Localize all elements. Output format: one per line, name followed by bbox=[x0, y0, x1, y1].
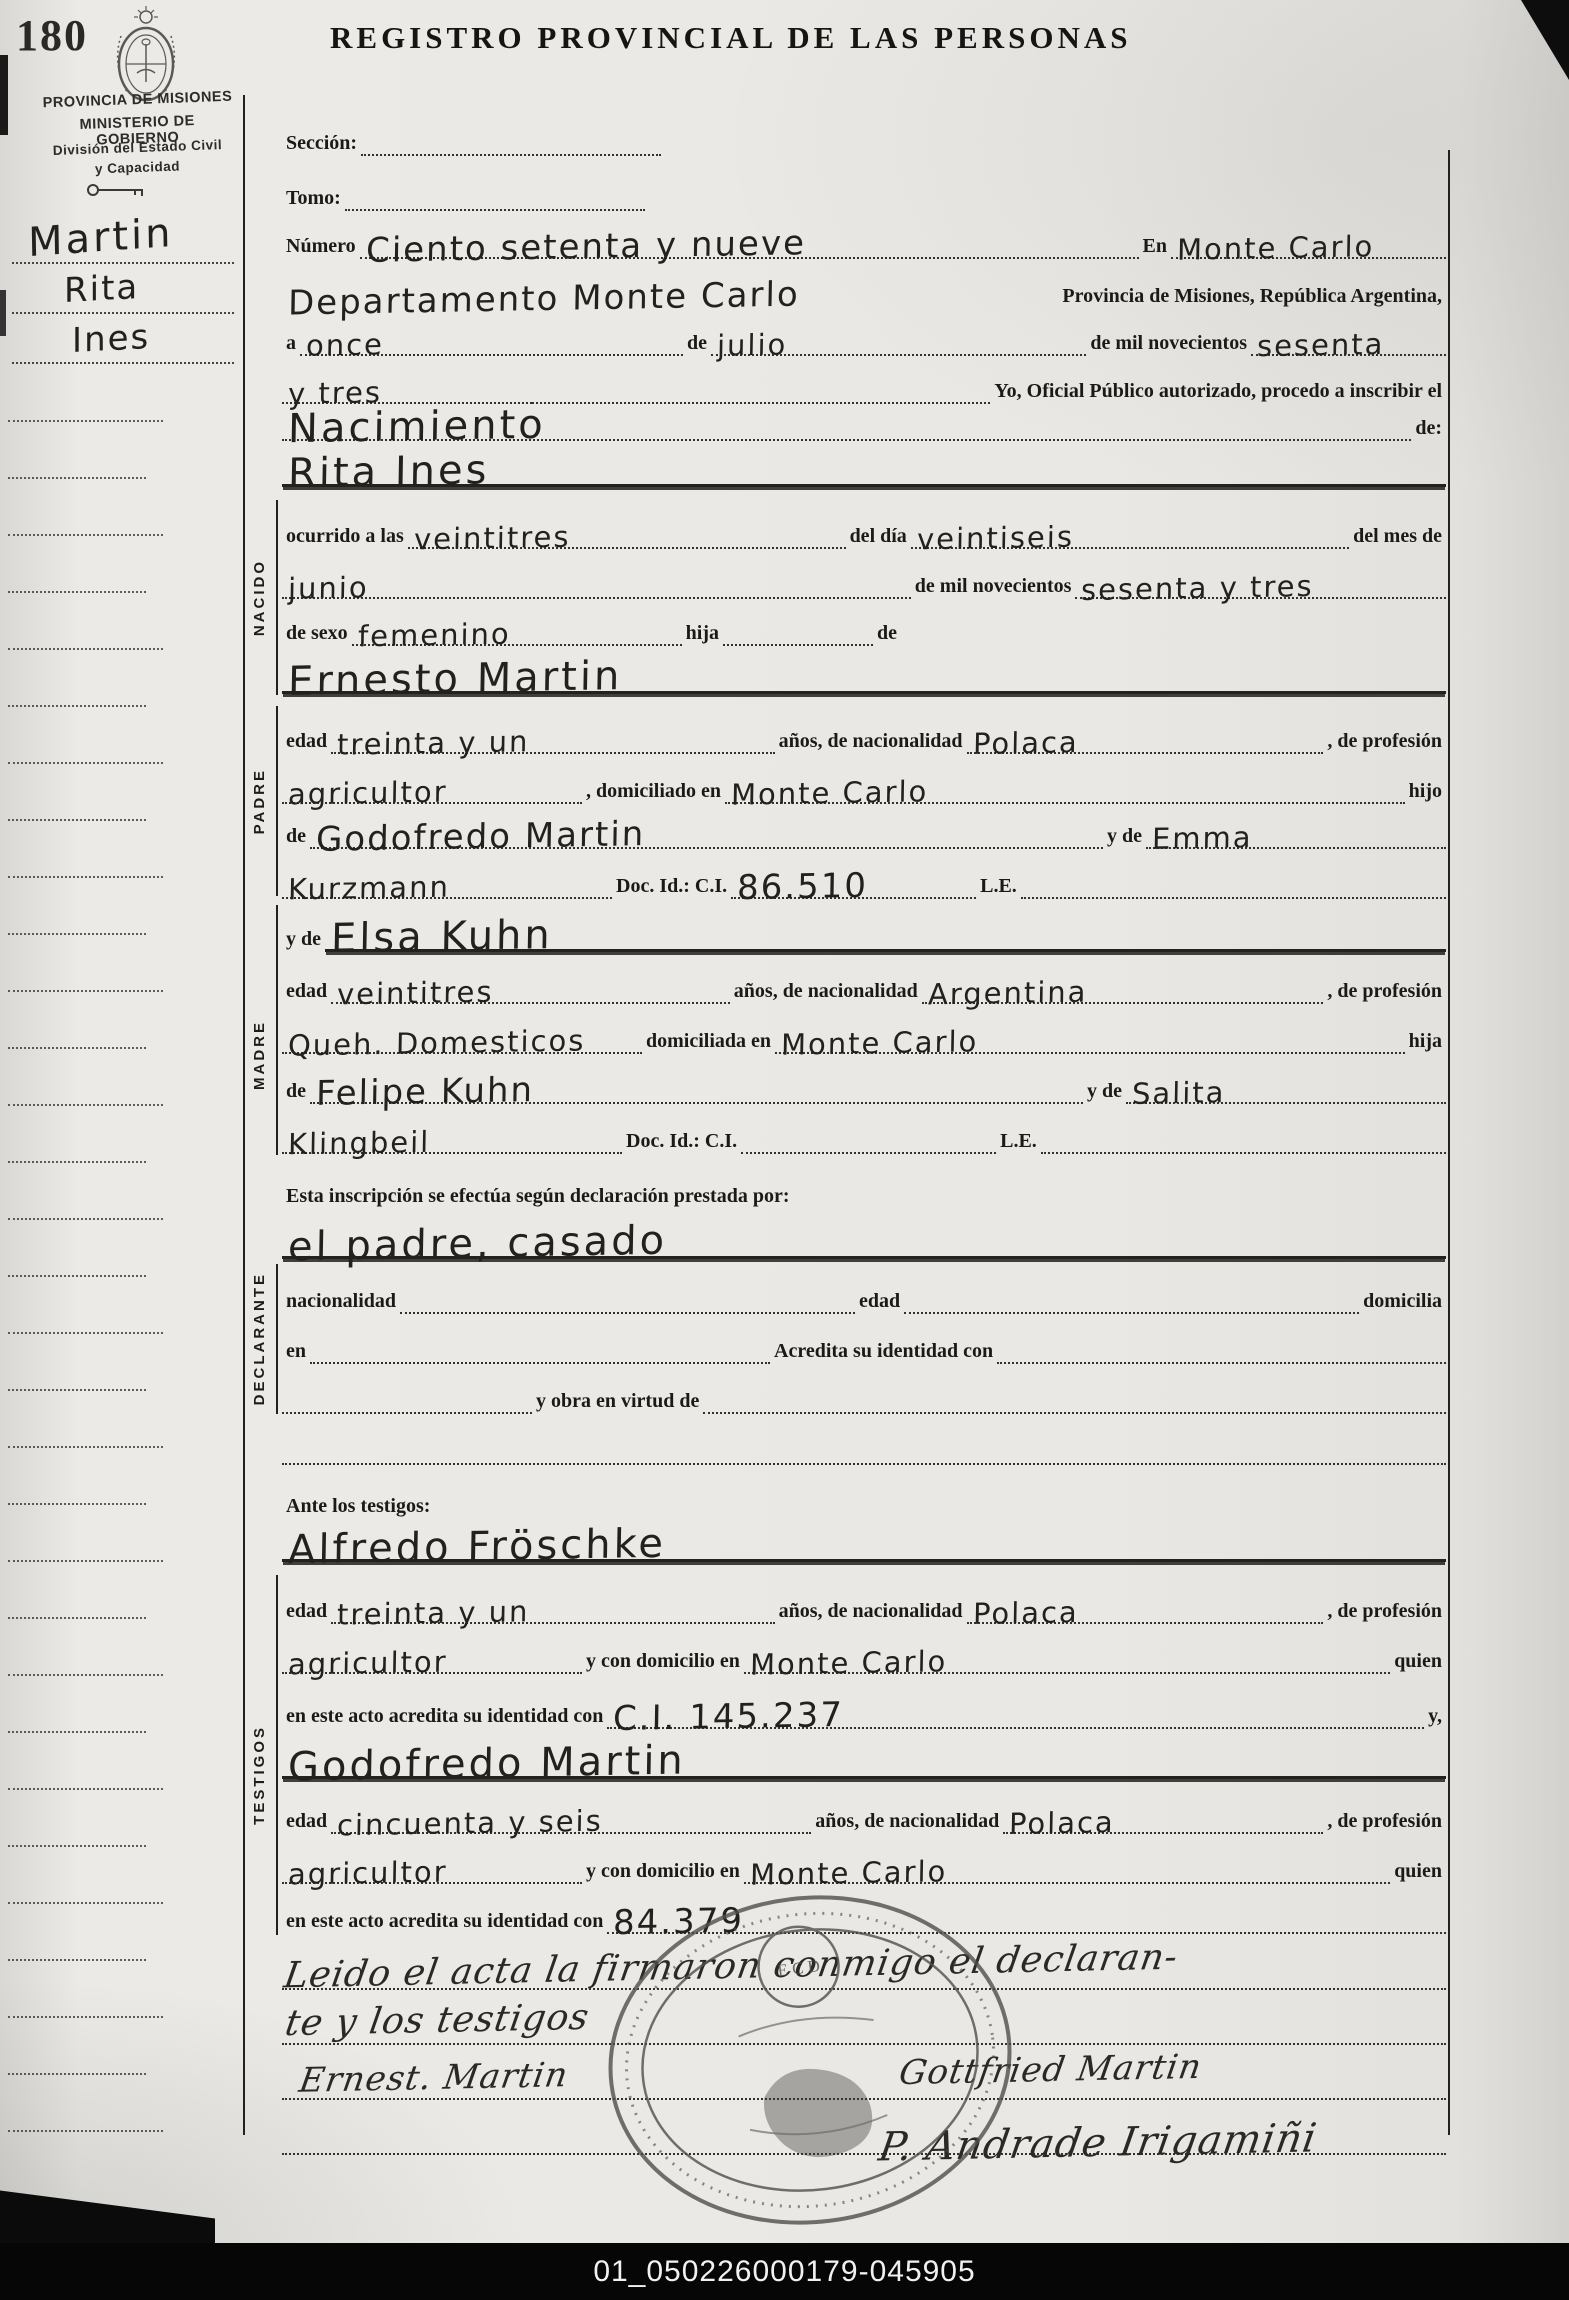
declaracion-por-line: el padre, casado bbox=[282, 1224, 1446, 1259]
a-label: a bbox=[282, 333, 300, 356]
padre-edad-line: treinta y un bbox=[331, 729, 774, 754]
sexo-line: femenino bbox=[352, 621, 682, 646]
footer-code-bar: 01_050226000179-045905 bbox=[0, 2243, 1569, 2300]
padre-doc-label: Doc. Id.: C.I. bbox=[612, 876, 731, 899]
ocurrido-label: ocurrido a las bbox=[282, 526, 408, 549]
row-padre-edad: edad treinta y un años, de nacionalidad … bbox=[282, 704, 1446, 754]
declarante-obra-line1 bbox=[282, 1406, 532, 1414]
madre-le-line bbox=[1041, 1146, 1446, 1154]
testigo1-dom-value: Monte Carlo bbox=[744, 1647, 954, 1680]
madre-profesion-label: , de profesión bbox=[1323, 981, 1446, 1004]
testigo1-y-label: y, bbox=[1424, 1706, 1446, 1729]
declaracion-por-value: el padre, casado bbox=[282, 1221, 674, 1268]
madre-edad-label: edad bbox=[282, 981, 331, 1004]
madre-nacionalidad-line: Argentina bbox=[922, 979, 1324, 1004]
padre-y-de-label: y de bbox=[1103, 826, 1146, 849]
row-padre-domicilio: agricultor , domiciliado en Monte Carlo … bbox=[282, 754, 1446, 804]
del-mes-label: del mes de bbox=[1349, 526, 1446, 549]
row-declarante-en: en Acredita su identidad con bbox=[282, 1314, 1446, 1364]
declarante-en-line bbox=[310, 1356, 770, 1364]
row-inscripto: Rita Ines bbox=[282, 437, 1446, 487]
madre-abuela2-value: Klingbeil bbox=[282, 1128, 437, 1160]
testigo1-edad-line: treinta y un bbox=[331, 1599, 774, 1624]
de-sexo-label: de sexo bbox=[282, 623, 352, 646]
testigo2-quien-label: quien bbox=[1390, 1861, 1446, 1884]
testigo1-nombre-line: Alfredo Fröschke bbox=[282, 1527, 1446, 1562]
testigo2-nac-line: Polaca bbox=[1003, 1809, 1323, 1834]
row-testigo2-domicilio: agricultor y con domicilio en Monte Carl… bbox=[282, 1834, 1446, 1884]
de-label: de bbox=[683, 333, 711, 356]
inscripto-value: Rita Ines bbox=[282, 450, 496, 494]
row-testigo1-edad: edad treinta y un años, de nacionalidad … bbox=[282, 1574, 1446, 1624]
novecientos-label: de mil novecientos bbox=[1086, 333, 1251, 356]
row-padre-doc: Kurzmann Doc. Id.: C.I. 86.510 L.E. bbox=[282, 849, 1446, 899]
declarante-nacionalidad-line bbox=[400, 1306, 855, 1314]
declarante-obra-label: y obra en virtud de bbox=[532, 1391, 703, 1414]
padre-abuela2-line: Kurzmann bbox=[282, 874, 612, 899]
madre-nombre-line: Elsa Kuhn bbox=[325, 917, 1446, 952]
padre-nacionalidad-line: Polaca bbox=[967, 729, 1324, 754]
page-title: REGISTRO PROVINCIAL DE LAS PERSONAS bbox=[330, 20, 1131, 56]
madre-de-label: de bbox=[282, 1081, 310, 1104]
testigo2-nombre-value: Godofredo Martin bbox=[282, 1740, 692, 1787]
padre-ci-value: 86.510 bbox=[731, 869, 875, 906]
declarante-domicilia-label: domicilia bbox=[1359, 1291, 1446, 1314]
testigos-inner-rule bbox=[276, 1575, 278, 1935]
padre-abuela-line: Emma bbox=[1146, 824, 1446, 849]
row-madre-domicilio: Queh. Domesticos domiciliada en Monte Ca… bbox=[282, 1004, 1446, 1054]
row-tomo: Tomo: bbox=[282, 161, 1446, 211]
del-dia-label: del día bbox=[846, 526, 911, 549]
testigo1-quien-label: quien bbox=[1390, 1651, 1446, 1674]
right-vertical-rule bbox=[1448, 150, 1450, 2135]
lugar-line: Monte Carlo bbox=[1171, 234, 1446, 259]
declarante-en-label: en bbox=[282, 1341, 310, 1364]
padre-de-label: de bbox=[282, 826, 310, 849]
madre-ci-line bbox=[741, 1146, 996, 1154]
madre-inner-rule bbox=[276, 905, 278, 1155]
row-seccion: Sección: bbox=[282, 106, 1446, 156]
anio-line: sesenta bbox=[1251, 331, 1446, 356]
padre-profesion-label: , de profesión bbox=[1323, 731, 1446, 754]
signature-declarante: Ernest. Martin bbox=[296, 2055, 571, 2101]
testigo1-dom-line: Monte Carlo bbox=[744, 1649, 1390, 1674]
row-padre-nombre: Ernesto Martin bbox=[282, 644, 1446, 694]
padre-ci-line: 86.510 bbox=[731, 870, 976, 899]
testigo2-nac-label: años, de nacionalidad bbox=[811, 1811, 1003, 1834]
row-testigo1-doc: en este acto acredita su identidad con C… bbox=[282, 1679, 1446, 1729]
row-nacido-mes: junio de mil novecientos sesenta y tres bbox=[282, 549, 1446, 599]
testigo1-doc-line: C.I. 145.237 bbox=[607, 1700, 1424, 1729]
padre-nacionalidad-label: años, de nacionalidad bbox=[775, 731, 967, 754]
testigo2-edad-line: cincuenta y seis bbox=[331, 1809, 811, 1834]
padre-inner-rule bbox=[276, 706, 278, 896]
stamp-inner-text: E C D bbox=[776, 1956, 820, 1980]
declarante-edad-label: edad bbox=[855, 1291, 904, 1314]
blank-ruled-line bbox=[282, 1463, 1446, 1465]
seccion-label: Sección: bbox=[282, 133, 361, 156]
row-acta-tipo: Nacimiento de: bbox=[282, 391, 1446, 441]
hora-line: veintitres bbox=[408, 524, 846, 549]
testigo1-nac-label: años, de nacionalidad bbox=[775, 1601, 967, 1624]
testigo2-prof-line: agricultor bbox=[282, 1859, 582, 1884]
section-label-padre: PADRE bbox=[244, 706, 274, 896]
padre-nombre-line: Ernesto Martin bbox=[282, 659, 1446, 694]
acta-line: Nacimiento bbox=[282, 407, 1411, 441]
tomo-label: Tomo: bbox=[282, 188, 345, 211]
madre-doc-label: Doc. Id.: C.I. bbox=[622, 1131, 741, 1154]
madre-abuela2-line: Klingbeil bbox=[282, 1129, 622, 1154]
madre-nombre-value: Elsa Kuhn bbox=[325, 915, 559, 959]
declaracion-texto-label: Esta inscripción se efectúa según declar… bbox=[282, 1186, 794, 1209]
hija-label: hija bbox=[682, 623, 723, 646]
section-label-nacido: NACIDO bbox=[244, 500, 274, 695]
mes-line: julio bbox=[711, 331, 1086, 356]
dia-line: once bbox=[300, 331, 683, 356]
testigo2-edad-label: edad bbox=[282, 1811, 331, 1834]
madre-domicilio-line: Monte Carlo bbox=[775, 1029, 1405, 1054]
testigo2-nombre-line: Godofredo Martin bbox=[282, 1744, 1446, 1779]
testigo1-prof-line: agricultor bbox=[282, 1649, 582, 1674]
row-testigo2-nombre: Godofredo Martin bbox=[282, 1729, 1446, 1779]
testigo1-acredita-label: en este acto acredita su identidad con bbox=[282, 1706, 607, 1729]
testigo1-prof-label: , de profesión bbox=[1323, 1601, 1446, 1624]
row-fecha: a once de julio de mil novecientos sesen… bbox=[282, 306, 1446, 356]
testigo1-prof-value: agricultor bbox=[282, 1647, 454, 1679]
section-label-declarante: DECLARANTE bbox=[244, 1264, 274, 1414]
inscripto-line: Rita Ines bbox=[282, 452, 1446, 487]
row-declarante-nacionalidad: nacionalidad edad domicilia bbox=[282, 1264, 1446, 1314]
row-testigo1-nombre: Alfredo Fröschke bbox=[282, 1512, 1446, 1562]
row-sexo: de sexo femenino hija de bbox=[282, 596, 1446, 646]
scanned-birth-certificate: 180 REGISTRO PROVINCIAL DE L bbox=[0, 0, 1569, 2300]
row-madre-edad: edad veintitres años, de nacionalidad Ar… bbox=[282, 954, 1446, 1004]
nacido-de-label: de bbox=[873, 623, 901, 646]
madre-le-label: L.E. bbox=[996, 1131, 1041, 1154]
padre-nombre-value: Ernesto Martin bbox=[282, 656, 629, 702]
declarante-acredita-label: Acredita su identidad con bbox=[770, 1341, 997, 1364]
testigo1-dom-label: y con domicilio en bbox=[582, 1651, 744, 1674]
madre-domiciliada-label: domiciliada en bbox=[642, 1031, 775, 1054]
declarante-inner-rule bbox=[276, 1264, 278, 1414]
closing-line2: te y los testigos bbox=[282, 1997, 592, 2044]
testigo2-acredita-label: en este acto acredita su identidad con bbox=[282, 1911, 607, 1934]
testigo1-edad-label: edad bbox=[282, 1601, 331, 1624]
row-nacido-hora: ocurrido a las veintitres del día veinti… bbox=[282, 499, 1446, 549]
row-madre-nombre: y de Elsa Kuhn bbox=[282, 902, 1446, 952]
madre-abuela-line: Salita bbox=[1126, 1079, 1446, 1104]
madre-hija-label: hija bbox=[1405, 1031, 1446, 1054]
section-label-madre: MADRE bbox=[244, 955, 274, 1155]
nacido-inner-rule bbox=[276, 500, 278, 695]
madre-y-de2-label: y de bbox=[1083, 1081, 1126, 1104]
row-declaracion-texto: Esta inscripción se efectúa según declar… bbox=[282, 1159, 1446, 1209]
row-testigo2-edad: edad cincuenta y seis años, de nacionali… bbox=[282, 1784, 1446, 1834]
padre-edad-label: edad bbox=[282, 731, 331, 754]
row-madre-abuelos: de Felipe Kuhn y de Salita bbox=[282, 1054, 1446, 1104]
madre-edad-line: veintitres bbox=[331, 979, 730, 1004]
numero-line: Ciento setenta y nueve bbox=[360, 230, 1139, 259]
declarante-nacionalidad-label: nacionalidad bbox=[282, 1291, 400, 1314]
declarante-edad-line bbox=[904, 1306, 1359, 1314]
nacido-dia-line: veintiseis bbox=[911, 524, 1349, 549]
margin-lines bbox=[0, 0, 240, 2300]
row-madre-doc: Klingbeil Doc. Id.: C.I. L.E. bbox=[282, 1104, 1446, 1154]
padre-le-label: L.E. bbox=[976, 876, 1021, 899]
testigo2-prof-label: , de profesión bbox=[1323, 1811, 1446, 1834]
declarante-acredita-line bbox=[997, 1356, 1446, 1364]
section-label-testigos: TESTIGOS bbox=[244, 1625, 274, 1925]
testigo1-nombre-value: Alfredo Fröschke bbox=[282, 1524, 673, 1571]
seccion-line bbox=[361, 148, 661, 156]
official-stamp: E C D bbox=[590, 1880, 1030, 2245]
madre-y-de-label: y de bbox=[282, 929, 325, 952]
en-label: En bbox=[1139, 236, 1171, 259]
numero-label: Número bbox=[282, 236, 360, 259]
padre-abuelo-line: Godofredo Martin bbox=[310, 820, 1103, 849]
madre-abuelo-line: Felipe Kuhn bbox=[310, 1075, 1083, 1104]
row-testigo1-domicilio: agricultor y con domicilio en Monte Carl… bbox=[282, 1624, 1446, 1674]
row-declaracion-por: el padre, casado bbox=[282, 1209, 1446, 1259]
padre-le-line bbox=[1021, 891, 1446, 899]
footer-code: 01_050226000179-045905 bbox=[593, 2255, 975, 2289]
madre-profesion-line: Queh. Domesticos bbox=[282, 1029, 642, 1054]
scan-edge-mark-top-right bbox=[1521, 0, 1569, 80]
row-padre-abuelos: de Godofredo Martin y de Emma bbox=[282, 799, 1446, 849]
declarante-obra-line2 bbox=[703, 1406, 1446, 1414]
testigo1-nac-line: Polaca bbox=[967, 1599, 1324, 1624]
row-declarante-obra: y obra en virtud de bbox=[282, 1364, 1446, 1414]
padre-abuela2-value: Kurzmann bbox=[282, 872, 456, 904]
row-numero: Número Ciento setenta y nueve En Monte C… bbox=[282, 209, 1446, 259]
row-departamento: Departamento Monte Carlo Provincia de Mi… bbox=[282, 259, 1446, 309]
madre-nacionalidad-label: años, de nacionalidad bbox=[730, 981, 922, 1004]
